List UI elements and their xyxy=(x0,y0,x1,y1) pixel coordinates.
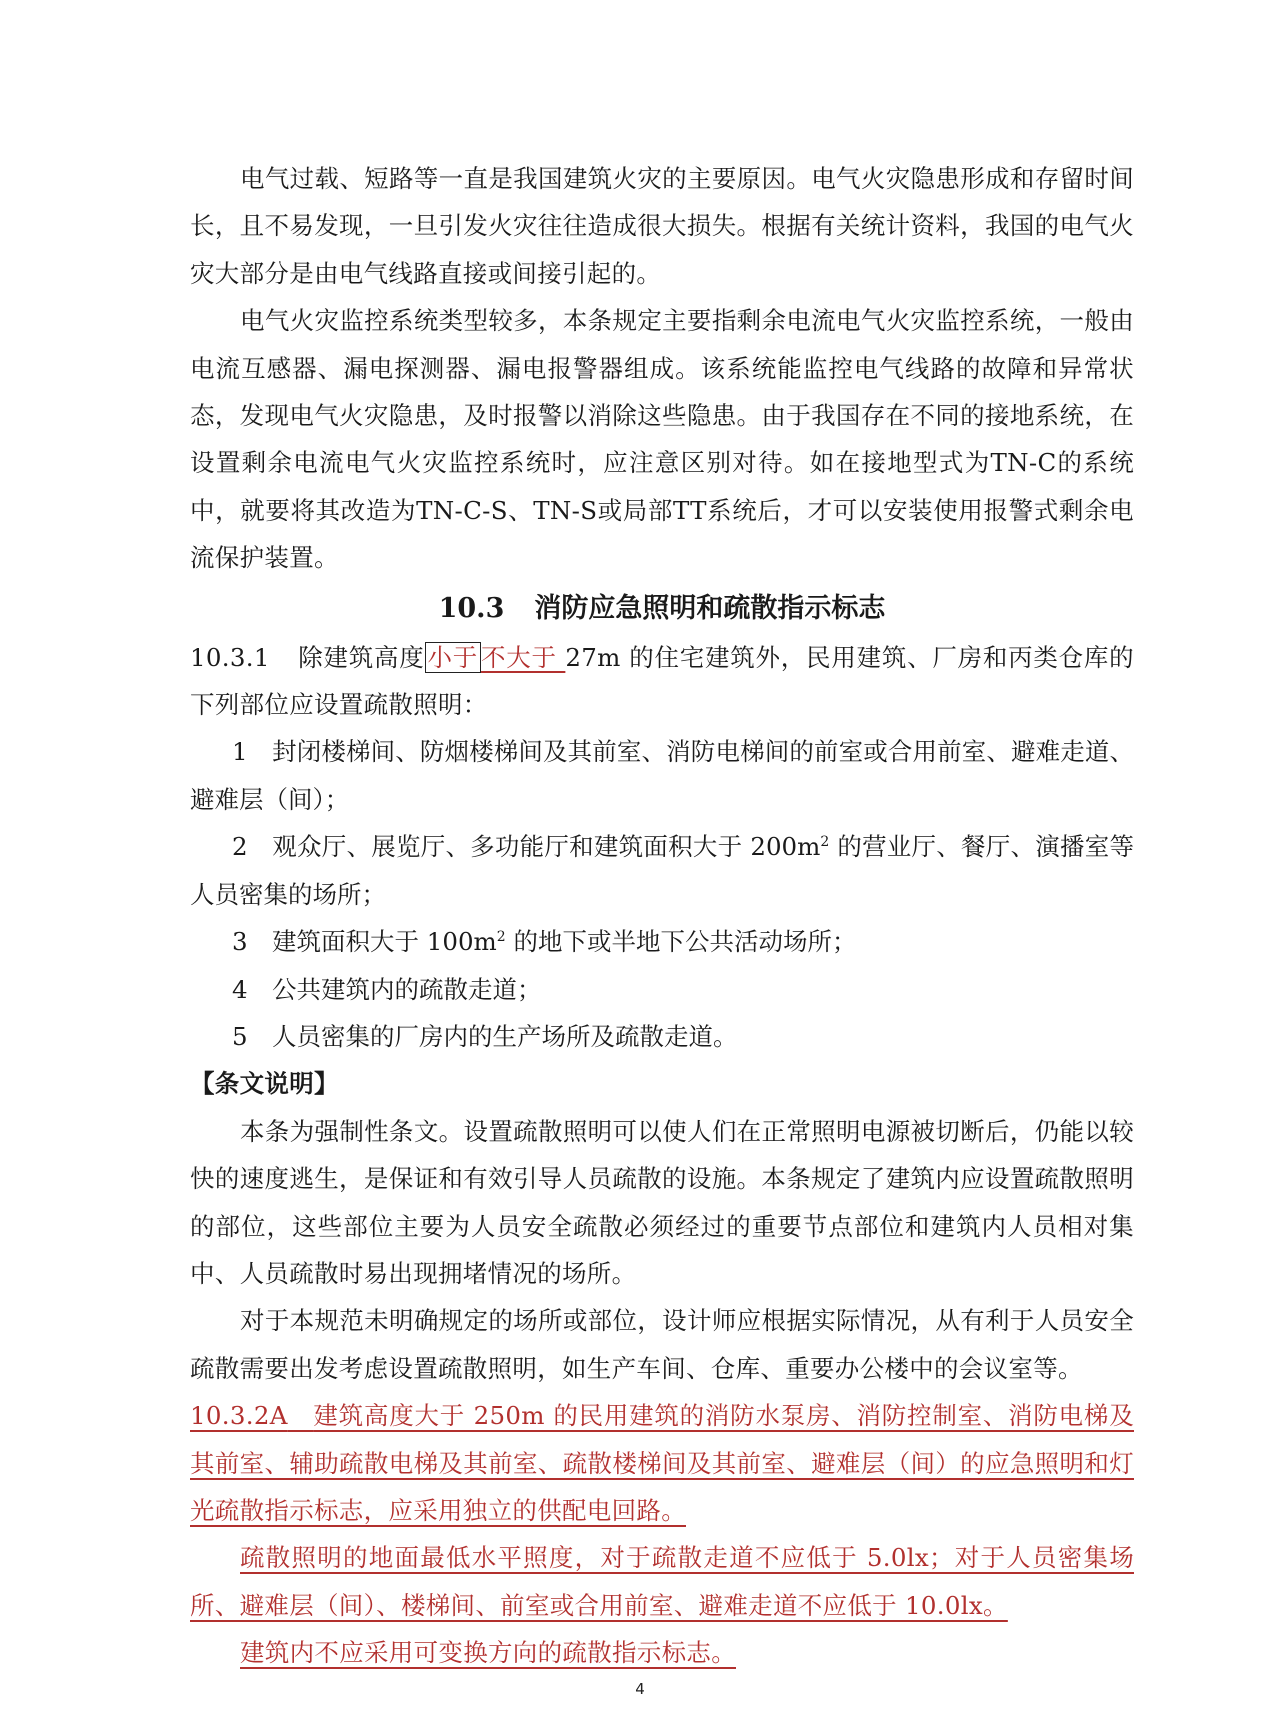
item-text: 封闭楼梯间、防烟楼梯间及其前室、消防电梯间的前室或合用前室、避难走道、避难层（间… xyxy=(190,737,1134,813)
illuminance-paragraph: 疏散照明的地面最低水平照度，对于疏散走道不应低于 5.0lx；对于人员密集场所、… xyxy=(190,1534,1134,1629)
deleted-revision-text: 小于 xyxy=(425,642,482,673)
item-number: 2 xyxy=(232,823,272,870)
explanation-label: 【条文说明】 xyxy=(190,1060,1134,1107)
clause-number: 10.3.1 xyxy=(190,634,270,681)
sign-text: 建筑内不应采用可变换方向的疏散指示标志。 xyxy=(240,1638,736,1667)
list-item: 5人员密集的厂房内的生产场所及疏散走道。 xyxy=(190,1013,1134,1060)
item-number: 1 xyxy=(232,728,272,775)
explanation-paragraph-2: 对于本规范未明确规定的场所或部位，设计师应根据实际情况，从有利于人员安全疏散需要… xyxy=(190,1297,1134,1392)
section-title: 消防应急照明和疏散指示标志 xyxy=(534,593,885,624)
superscript: 2 xyxy=(820,834,829,850)
page-number: 4 xyxy=(0,1680,1280,1698)
clause-10-3-2a: 10.3.2A 建筑高度大于 250m 的民用建筑的消防水泵房、消防控制室、消防… xyxy=(190,1392,1134,1534)
item-text: 建筑面积大于 100m xyxy=(272,927,497,956)
clause-10-3-2a-number: 10.3.2A xyxy=(190,1401,313,1430)
explanation-paragraph-1: 本条为强制性条文。设置疏散照明可以使人们在正常照明电源被切断后，仍能以较快的速度… xyxy=(190,1108,1134,1298)
item-text: 观众厅、展览厅、多功能厅和建筑面积大于 200m xyxy=(272,832,820,861)
intro-paragraph-1: 电气过载、短路等一直是我国建筑火灾的主要原因。电气火灾隐患形成和存留时间长，且不… xyxy=(190,155,1134,297)
item-number: 3 xyxy=(232,918,272,965)
superscript: 2 xyxy=(497,929,506,945)
document-page: 电气过载、短路等一直是我国建筑火灾的主要原因。电气火灾隐患形成和存留时间长，且不… xyxy=(190,155,1134,1677)
clause-10-3-1: 10.3.1除建筑高度小于不大于 27m 的住宅建筑外，民用建筑、厂房和丙类仓库… xyxy=(190,634,1134,729)
item-text: 公共建筑内的疏散走道； xyxy=(272,975,542,1004)
sign-paragraph: 建筑内不应采用可变换方向的疏散指示标志。 xyxy=(190,1629,1134,1676)
list-item: 1封闭楼梯间、防烟楼梯间及其前室、消防电梯间的前室或合用前室、避难走道、避难层（… xyxy=(190,728,1134,823)
item-number: 5 xyxy=(232,1013,272,1060)
section-number: 10.3 xyxy=(439,593,505,624)
inserted-revision-text: 不大于 xyxy=(481,643,565,672)
item-text-after: 的地下或半地下公共活动场所； xyxy=(506,927,857,956)
clause-text-before: 除建筑高度 xyxy=(298,643,425,672)
intro-paragraph-2: 电气火灾监控系统类型较多，本条规定主要指剩余电流电气火灾监控系统，一般由电流互感… xyxy=(190,297,1134,581)
illuminance-text: 疏散照明的地面最低水平照度，对于疏散走道不应低于 5.0lx；对于人员密集场所、… xyxy=(190,1543,1134,1619)
clause-10-3-2a-text: 建筑高度大于 250m 的民用建筑的消防水泵房、消防控制室、消防电梯及其前室、辅… xyxy=(190,1401,1134,1525)
list-item: 2观众厅、展览厅、多功能厅和建筑面积大于 200m2 的营业厅、餐厅、演播室等人… xyxy=(190,823,1134,918)
section-heading: 10.3消防应急照明和疏散指示标志 xyxy=(190,582,1134,634)
list-item: 3建筑面积大于 100m2 的地下或半地下公共活动场所； xyxy=(190,918,1134,965)
clause-number: 10.3.2A xyxy=(190,1401,288,1430)
item-number: 4 xyxy=(232,966,272,1013)
list-item: 4公共建筑内的疏散走道； xyxy=(190,966,1134,1013)
item-text: 人员密集的厂房内的生产场所及疏散走道。 xyxy=(272,1022,738,1051)
